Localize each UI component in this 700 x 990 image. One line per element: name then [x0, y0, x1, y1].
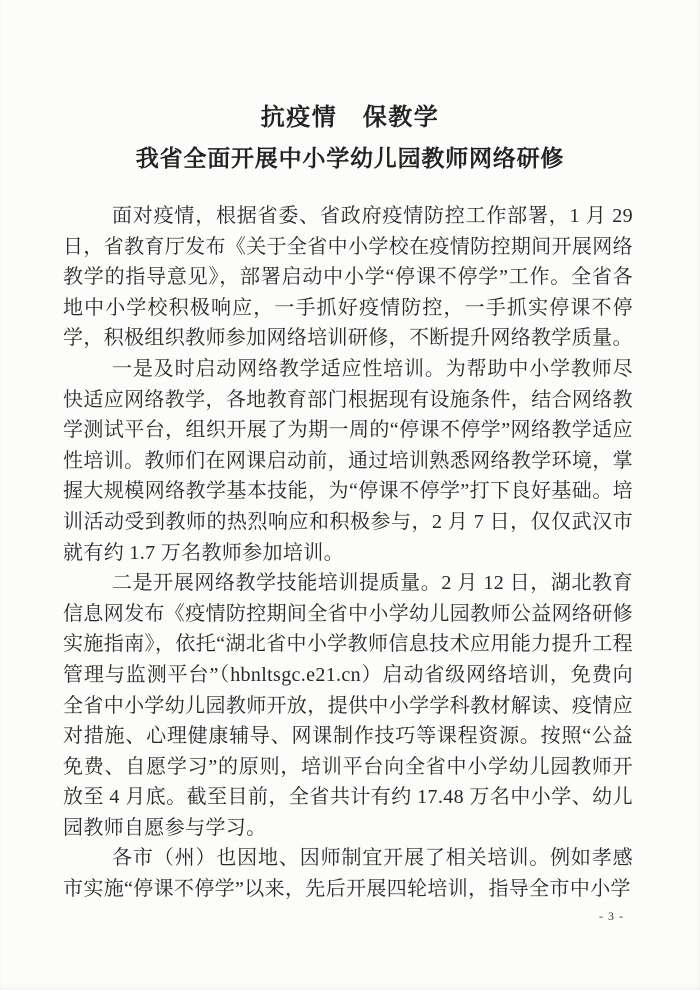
document-page: 抗疫情 保教学 我省全面开展中小学幼儿园教师网络研修 面对疫情，根据省委、省政府…	[0, 0, 700, 990]
paragraph-intro: 面对疫情，根据省委、省政府疫情防控工作部署，1 月 29 日，省教育厅发布《关于…	[63, 201, 633, 354]
document-body: 面对疫情，根据省委、省政府疫情防控工作部署，1 月 29 日，省教育厅发布《关于…	[63, 201, 633, 905]
paragraph-point-two: 二是开展网络教学技能培训提质量。2 月 12 日，湖北教育信息网发布《疫情防控期…	[63, 568, 633, 843]
page-number: - 3 -	[599, 909, 624, 924]
paragraph-cities: 各市（州）也因地、因师制宜开展了相关培训。例如孝感市实施“停课不停学”以来，先后…	[63, 843, 633, 904]
paragraph-point-one: 一是及时启动网络教学适应性培训。为帮助中小学教师尽快适应网络教学，各地教育部门根…	[63, 354, 633, 568]
document-title: 抗疫情 保教学	[0, 97, 700, 132]
document-subtitle: 我省全面开展中小学幼儿园教师网络研修	[0, 140, 700, 173]
